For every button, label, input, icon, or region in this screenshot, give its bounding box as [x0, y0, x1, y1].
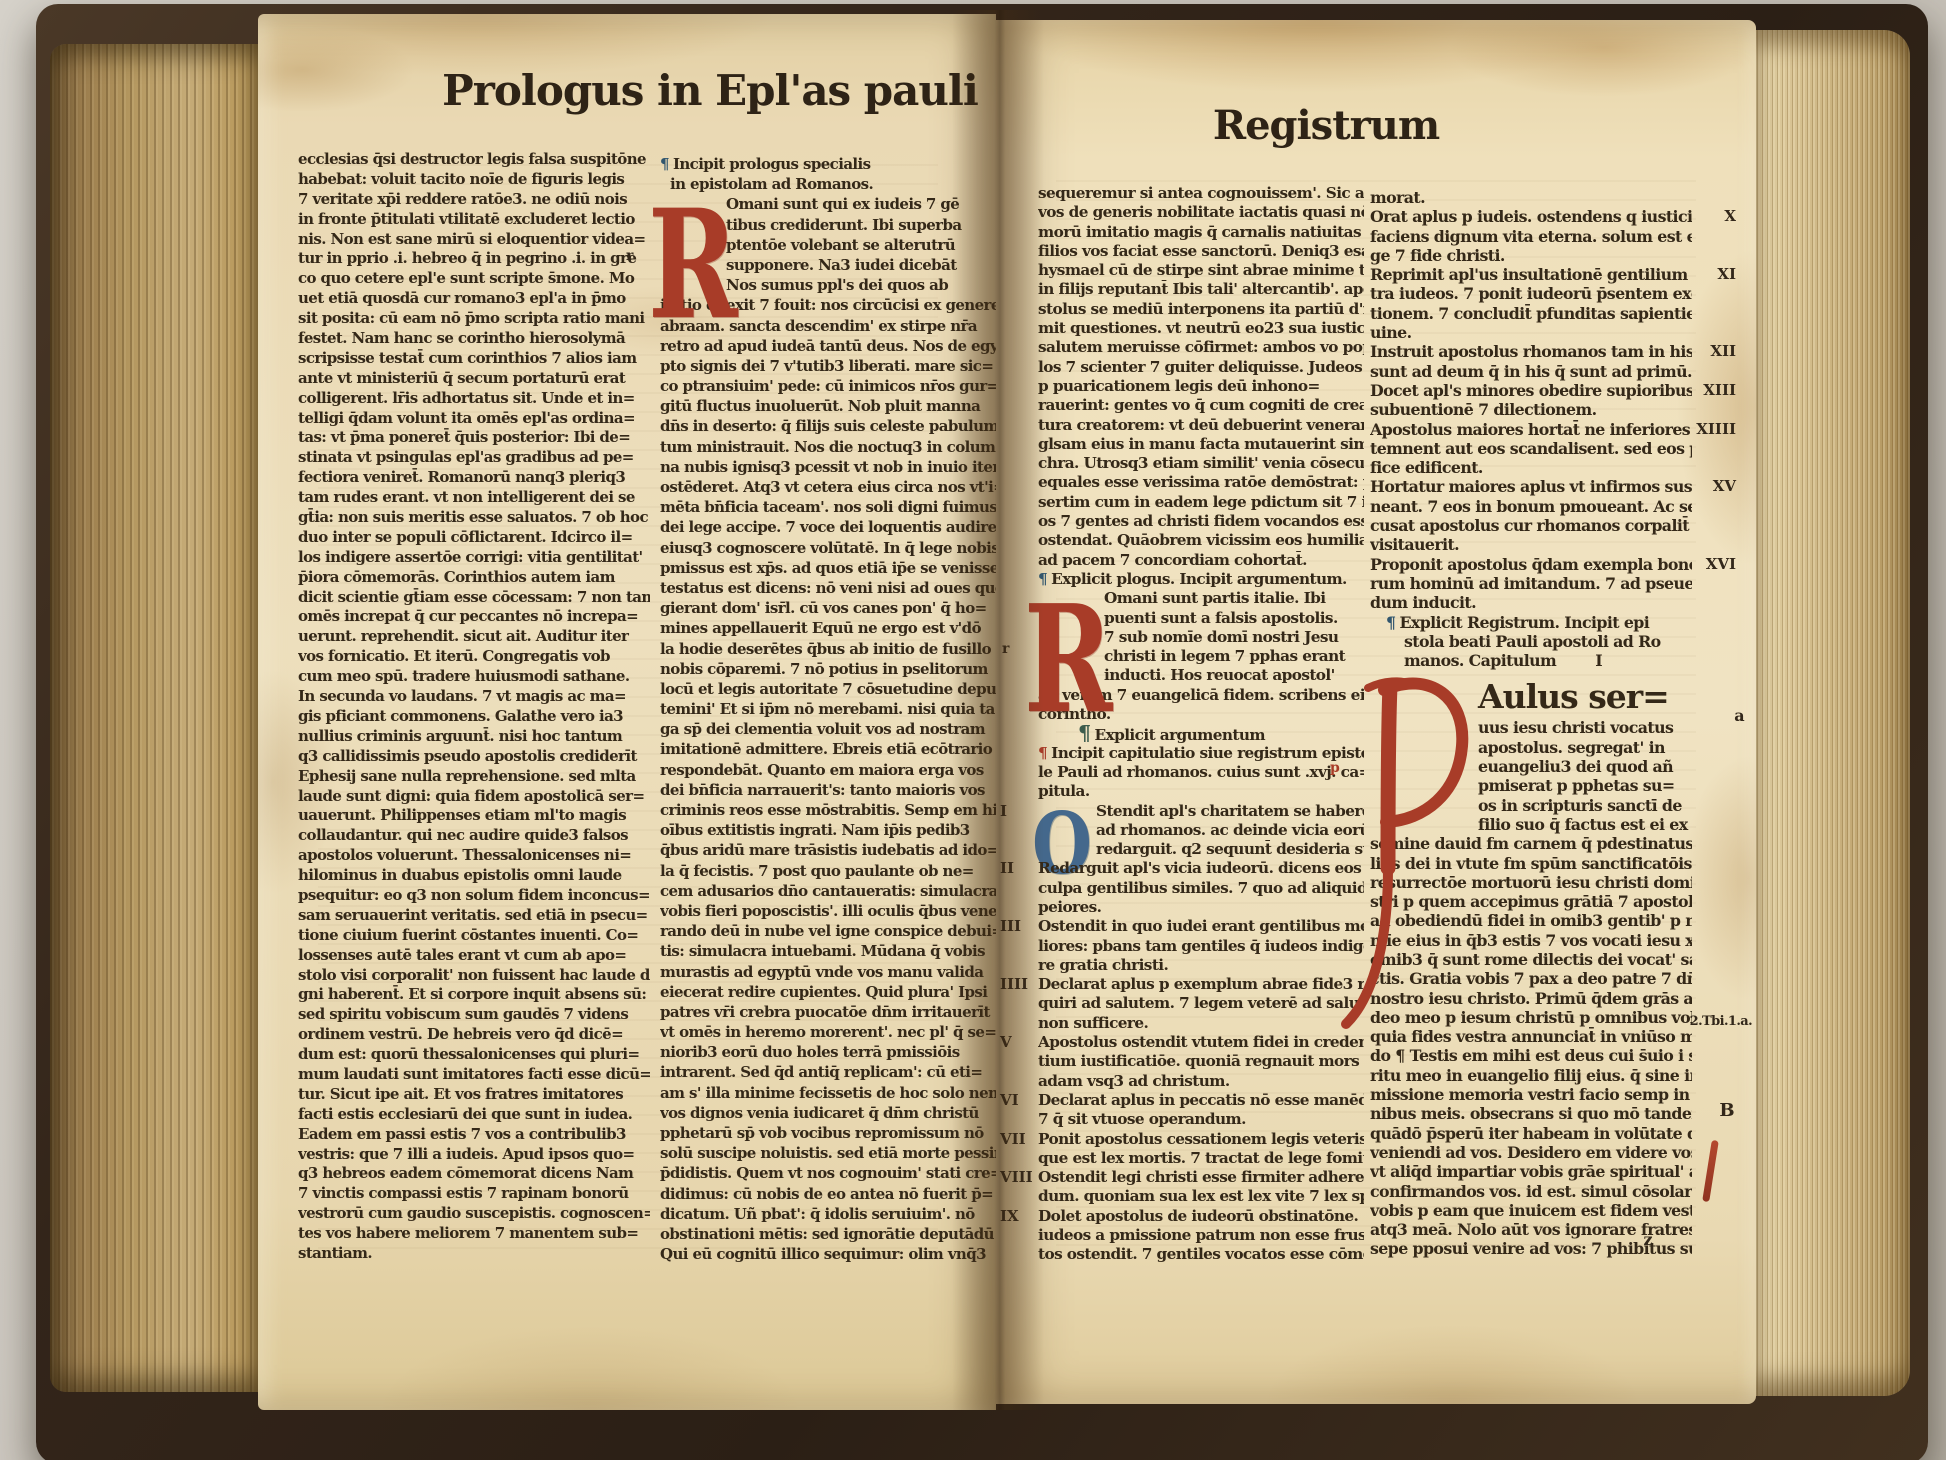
text-line: glsam eius in manu facta mutauerint simu… [1038, 435, 1364, 454]
text-line: dum est: quorū thessalonicenses qui plur… [298, 1045, 650, 1065]
text-line: chra. Utrosq3 etiam similit' venia cōsec… [1038, 454, 1364, 473]
text-line: mēta bn̄ficia taceam'. nos soli digni fu… [660, 497, 998, 517]
text-line: niorib3 eorū duo holes terrā pmissiōis [660, 1042, 998, 1062]
text-line: os 7 gentes ad christi fidem vocandos es… [1038, 512, 1364, 531]
text-line: los 7 scienter 7 guiter deliquisse. Jude… [1038, 358, 1364, 377]
text-line: dum inducit. [1370, 593, 1692, 612]
initial-block: R r Omani sunt partis italie. Ibipuenti … [1038, 589, 1364, 685]
margin-section-letter: a [1734, 706, 1744, 725]
text-line: 7 veritate xp̄i reddere ratōe3. ne odiū … [298, 190, 650, 210]
left-page: Prologus in Epl'as pauli ecclesias q̄si … [258, 14, 996, 1410]
text-line: equales esse verissima ratōe demōstrat: … [1038, 473, 1364, 492]
text-line: mum laudati sunt imitatores facti esse d… [298, 1065, 650, 1085]
margin-numeral: X [1724, 207, 1736, 225]
text-line: morū imitatio magis q̄ carnalis natiuita… [1038, 223, 1364, 242]
text-line: laude sunt digni: quia fidem apostolicā … [298, 787, 650, 807]
text-line: uet etiā quosdā cur romano3 epl'a in p̄m… [298, 289, 650, 309]
text-line: cem adusarios dn̄o cantaueratis: simulac… [660, 881, 998, 901]
capitulum-entry: XOrat aplus p iudeis. ostendens q iustic… [1370, 207, 1692, 265]
text-line: Instruit apostolus rhomanos tam in his q… [1370, 342, 1692, 361]
text-line: subuentionē 7 dilectionem. [1370, 400, 1692, 419]
capitulum-entry-1: I O Stendit apl's charitatem se haberead… [1038, 802, 1364, 860]
text-line: duo inter se populi cōflictarent. Idcirc… [298, 528, 650, 548]
text-line: tura creatorem: vt deū debuerint venerar… [1038, 416, 1364, 435]
red-pen-stroke [1702, 1140, 1719, 1202]
margin-numeral: XIII [1703, 381, 1736, 399]
text-line: vos de generis nobilitate iactatis quasi… [1038, 203, 1364, 222]
text-line: Declarat aplus p exemplum abrae fide3 re [1038, 975, 1364, 994]
text-line: apostolos voluerunt. Thessalonicenses ni… [298, 846, 650, 866]
text-line: uerunt. reprehendit. sicut ait. Auditur … [298, 627, 650, 647]
text-line: in filijs reputant̄ Ibis tali' altercant… [1038, 280, 1364, 299]
text-line: q3 callidissimis pseudo apostolis credid… [298, 747, 650, 767]
capitulum-entry: XIReprimit apl'us insultationē gentilium… [1370, 265, 1692, 342]
capitulum-entry: XVIProponit apostolus q̄dam exempla bono… [1370, 555, 1692, 613]
rubric-line: ¶Incipit prologus specialis [660, 154, 998, 174]
text-line: faciens dignum vita eterna. solum est ex… [1370, 227, 1692, 246]
text-line: locū et legis autoritate 7 cōsuetudine d… [660, 679, 998, 699]
margin-section-letter: B [1719, 1100, 1734, 1121]
text-line: gierant dom' isr̄l. cū vos canes pon' q̄… [660, 598, 998, 618]
text-line: hilominus in duabus epistolis omni laude [298, 866, 650, 886]
initial-p-red [1344, 672, 1474, 1042]
text-line: criminis reos esse mōstrabitis. Semp em … [660, 800, 998, 820]
text-line: nis. Non est sane mirū si eloquentior vi… [298, 230, 650, 250]
initial-block: p Aulus ser= uus iesu christi vocatusapo… [1370, 678, 1692, 834]
rubric-text: Incipit capitulatio siue registrum epist… [1051, 744, 1364, 762]
text-line: ad pacem 7 concordiam cohortat̄. [1038, 551, 1364, 570]
text-line: mit questiones. vt neutrū eo23 sua iusti… [1038, 319, 1364, 338]
text-line: vos fornicatio. Et iterū. Congregatis vo… [298, 647, 650, 667]
text-line: ordinem vestrū. De hebreis vero q̄d dicē… [298, 1025, 650, 1045]
text-line: na nubis ignisq3 pcessit vt nob in inuio… [660, 457, 998, 477]
text-line: vt aliq̄d impartiar vobis grāe spiritual… [1370, 1162, 1692, 1181]
left-page-header: Prologus in Epl'as pauli [430, 66, 990, 115]
text-line: p puaricationem legis deū inhono= [1038, 377, 1364, 396]
text-line: ante vt ministeriū q̄ secum portaturū er… [298, 369, 650, 389]
text-line: pto signis dei 7 v'tutib3 liberati. mare… [660, 356, 998, 376]
capitulum-entry: IXDolet apostolus de iudeorū obstinatōne… [1038, 1207, 1364, 1265]
text-line: Ostendit in quo iudei erant gentilibus m… [1038, 917, 1364, 936]
photo-of-incunabulum: Prologus in Epl'as pauli ecclesias q̄si … [0, 0, 1946, 1460]
text-line: imitationē admittere. Ebreis etiā ecōtra… [660, 739, 998, 759]
text-line: tionem. 7 concludit̄ pfunditas sapientie… [1370, 304, 1692, 323]
text-line: Redarguit apl's vicia iudeorū. dicens eo… [1038, 859, 1364, 878]
text-line: collaudantur. qui nec audire quide3 fals… [298, 826, 650, 846]
text-line: Qui eū cognitū illico sequimur: olim vnq… [660, 1244, 998, 1264]
text-line: confirmandos vos. id est. simul cōsolari… [1370, 1182, 1692, 1201]
guide-letter: p [1330, 760, 1339, 776]
text-line: culpa gentilibus similes. 7 quo ad aliqu… [1038, 879, 1364, 898]
text-line: la q̄ fecistis. 7 post quo paulante ob n… [660, 861, 998, 881]
text-line: Apostolus maiores hortat̄ ne inferiores … [1370, 420, 1692, 439]
text-line: sed spiritu vobiscum sum gaudēs 7 videns [298, 1005, 650, 1025]
text-line: Ostendit legi christi esse firmiter adhe… [1038, 1168, 1364, 1187]
text-line: Dolet apostolus de iudeorū obstinatōne. … [1038, 1207, 1364, 1226]
text-line: vestris: que 7 illi a iudeis. Apud ipsos… [298, 1145, 650, 1165]
text-line: telligi q̄dam volunt ita omēs epl'as ord… [298, 409, 650, 429]
text-line: p̄didistis. Quem vt nos cognouim' stati … [660, 1163, 998, 1183]
margin-numeral: XV [1713, 477, 1736, 495]
text-line: sequeremur si antea cognouissem'. Sic aū… [1038, 184, 1364, 203]
rubric-line: ¶Incipit capitulatio siue registrum epis… [1038, 744, 1364, 763]
right-page: Registrum sequeremur si antea cognouisse… [996, 20, 1756, 1404]
text-line: lossenses autē tales erant vt cum ab apo… [298, 946, 650, 966]
text-line: in fronte p̄titulati vtilitatē excludere… [298, 210, 650, 230]
margin-numeral: XVI [1706, 555, 1736, 573]
text-line: festet. Nam hanc se corintho hierosolymā [298, 329, 650, 349]
text-line: dei bn̄ficia narrauerit's: tanto maioris… [660, 780, 998, 800]
body-line: morat. [1370, 188, 1692, 207]
text-line: habebat: voluit tacito noīe de figuris l… [298, 170, 650, 190]
text-line: am s' illa minime fecissetis de hoc solo… [660, 1083, 998, 1103]
text-line: solū suscipe noluistis. sed etiā morte p… [660, 1143, 998, 1163]
text-line: omēs increpat q̄ cur peccantes nō increp… [298, 607, 650, 627]
text-line: nobis cōparemi. 7 nō potius in pselitoru… [660, 659, 998, 679]
text-line: quiri ad salutem. 7 legem veterē ad salu… [1038, 994, 1364, 1013]
rubric-text: Explicit Registrum. Incipit epi [1399, 613, 1649, 632]
capitulum-entry: VIIPonit apostolus cessationem legis vet… [1038, 1130, 1364, 1169]
text-line: tur. Sicut ipe ait. Et vos fratres imita… [298, 1085, 650, 1105]
text-line: eiusq3 cognoscere volūtatē. In q̄ lege n… [660, 538, 998, 558]
text-line: hysmael cū de stirpe sint abrae minime t… [1038, 261, 1364, 280]
pilcrow-icon: ¶ [660, 154, 669, 174]
text-line: visitauerit. [1370, 535, 1692, 554]
right-column-2: morat. XOrat aplus p iudeis. ostendens q… [1370, 188, 1692, 1259]
text-line: cusat apostolus cur rhomanos corpalit̄ n… [1370, 516, 1692, 535]
text-line: ostendat. Quāobrem vicissim eos humilias [1038, 531, 1364, 550]
text-line: pphetarū sp̄ vob vocibus repromissum nō [660, 1123, 998, 1143]
capitulum-entry: XVHortatur maiores aplus vt infirmos sus… [1370, 477, 1692, 554]
text-line: tur in pprio .i. hebreo q̄ in pegrino .i… [298, 249, 650, 269]
text-line: scripsisse testat̄ cum corinthios 7 alio… [298, 349, 650, 369]
left-column-2: ¶Incipit prologus specialis in epistolam… [660, 154, 998, 1264]
text-line: 7 vinctis compassi estis 7 rapinam bonor… [298, 1184, 650, 1204]
text-line: ostēderet. Atq3 vt cetera eius circa nos… [660, 477, 998, 497]
text-line: non sufficere. [1038, 1014, 1364, 1033]
text-line: q3 hebreos eadem cōmemorat dicens Nam [298, 1164, 650, 1184]
text-line: sam seruauerint veritatis. sed etiā in p… [298, 906, 650, 926]
text-line: uauerunt. Philippenses etiam ml'to magis [298, 806, 650, 826]
text-line: stinata vt psingulas epl'as gradibus ad … [298, 448, 650, 468]
text-line: veniendi ad vos. Desidero em videre vos [1370, 1143, 1692, 1162]
capitula-list: XOrat aplus p iudeis. ostendens q iustic… [1370, 207, 1692, 612]
text-line: dicatum. Uñ pbat': q̄ idolis seruiuim'. … [660, 1204, 998, 1224]
text-line: Reprimit apl'us insultationē gentilium c… [1370, 265, 1692, 284]
text-line: pmissus est xp̄s. ad quos etiā ip̄e se v… [660, 558, 998, 578]
text-line: obstinationi mētis: sed ignorātie deputā… [660, 1224, 998, 1244]
text-line: vt omēs in heremo morerent'. nec pl' q̄ … [660, 1022, 998, 1042]
text-line: fectiora veniret̄. Romanorū nanq3 pleriq… [298, 468, 650, 488]
rubric-line: le Pauli ad rhomanos. cuius sunt .xvj. c… [1038, 763, 1364, 782]
text-line: adam vsq3 ad christum. [1038, 1072, 1364, 1091]
capitulum-entry: VIDeclarat aplus in peccatis nō esse man… [1038, 1091, 1364, 1130]
rubric-line: manos. Capitulum I [1370, 651, 1692, 670]
capitulum-entry: XIIIDocet apl's minores obedire supiorib… [1370, 381, 1692, 420]
text-line: Proponit apostolus q̄dam exempla bono= [1370, 555, 1692, 574]
text-line: oībus extitistis ingrati. Nam ip̄is pedi… [660, 820, 998, 840]
body-lines: sequeremur si antea cognouissem'. Sic aū… [1038, 184, 1364, 570]
text-line: stolo visi corporalit' non fuissent hac … [298, 966, 650, 986]
text-line: didimus: cū nobis de eo antea nō fuerit … [660, 1184, 998, 1204]
text-line: fice edificent. [1370, 458, 1692, 477]
capitulum-entry: VIIIOstendit legi christi esse firmiter … [1038, 1168, 1364, 1207]
margin-reference-note: 2.Tbi.1.a. [1690, 1014, 1752, 1029]
margin-numeral: XI [1717, 265, 1736, 283]
text-line: Ponit apostolus cessationem legis veteri… [1038, 1130, 1364, 1149]
text-line: patres vr̄i crebra puocatōe dn̄m irritau… [660, 1002, 998, 1022]
text-line: co ptransiuim' pede: cū inimicos nr̄os g… [660, 376, 998, 396]
text-line: peiores. [1038, 898, 1364, 917]
text-line: rum hominū ad imitandum. 7 ad pseueran [1370, 574, 1692, 593]
text-line: psequitur: eo q3 non solum fidem inconcu… [298, 886, 650, 906]
text-line: murastis ad egyptū vnde vos manu valida [660, 962, 998, 982]
text-line: rauerint: gentes vo q̄ cum cogniti de cr… [1038, 396, 1364, 415]
pilcrow-icon: ¶ [1386, 613, 1395, 632]
right-page-header: Registrum [1176, 102, 1476, 149]
text-line: Orat aplus p iudeis. ostendens q iustici… [1370, 207, 1692, 226]
text-line: tas: vt p̄ma poneret̄ q̄uis posterior: I… [298, 428, 650, 448]
text-line: stolus se mediū interponens ita partiū d… [1038, 300, 1364, 319]
text-line: nullius criminis arguunt̄. nisi hoc tant… [298, 727, 650, 747]
text-line: tione ciuium fuerint cōstantes inuenti. … [298, 926, 650, 946]
capitulum-entry: IIIIDeclarat aplus p exemplum abrae fide… [1038, 975, 1364, 1033]
text-line: tis: simulacra intuebami. Mūdana q̄ vobi… [660, 941, 998, 961]
text-line: ritu meo in euangelio filij eius. q̄ sin… [1370, 1066, 1692, 1085]
capitulum-entry: XIIInstruit apostolus rhomanos tam in hi… [1370, 342, 1692, 381]
text-line: q̄bus aridū mare trāsistis iudebatis ad … [660, 840, 998, 860]
right-page-edge-stack [1752, 30, 1910, 1396]
margin-numeral: XIIII [1696, 420, 1736, 438]
text-line: sit posita: cū eam nō p̄mo scripta ratio… [298, 309, 650, 329]
text-line: dum. quoniam sua lex est lex vite 7 lex … [1038, 1187, 1364, 1206]
text-line: filios vos faciat esse sanctorū. Deniq3 … [1038, 242, 1364, 261]
text-line: Apostolus ostendit vtutem fidei in crede… [1038, 1033, 1364, 1052]
text-line: gitū fluctus inuoluerūt. Nob pluit manna [660, 396, 998, 416]
capitulum-entry: VApostolus ostendit vtutem fidei in cred… [1038, 1033, 1364, 1091]
text-line: eiecerat redire cupientes. Quid plura' I… [660, 982, 998, 1002]
text-line: tra iudeos. 7 ponit iudeorū p̄sentem exc… [1370, 284, 1692, 303]
text-line: salutem meruisse cōfirmet: ambos vo popu… [1038, 338, 1364, 357]
text-line: vobis p eam que inuicem est fidem vestra… [1370, 1201, 1692, 1220]
text-line: tum ministrauit. Nos die noctuq3 in colu… [660, 437, 998, 457]
rubric-text: Incipit prologus specialis [673, 155, 871, 173]
capitula-list: IIRedarguit apl's vicia iudeorū. dicens … [1038, 859, 1364, 1264]
text-line: co quo cetere epl'e sunt scripte s̄mone.… [298, 269, 650, 289]
text-line: re gratia christi. [1038, 956, 1364, 975]
capitulum-entry: IIRedarguit apl's vicia iudeorū. dicens … [1038, 859, 1364, 917]
text-line: dicit scientie gt̄iam esse cōcessam: 7 n… [298, 588, 650, 608]
text-line: tium iustificatiōe. quoniā regnauit mors… [1038, 1052, 1364, 1071]
text-line: ge 7 fide christi. [1370, 246, 1692, 265]
text-line: temnent aut eos scandalisent. sed eos pa… [1370, 439, 1692, 458]
text-line: do ¶ Testis em mihi est deus cui s̄uio i… [1370, 1046, 1692, 1065]
text-line: facti estis ecclesiarū dei que sunt in i… [298, 1105, 650, 1125]
guide-letter: r [626, 248, 633, 264]
text-line: vos dignos venia iudicaret q̄ dn̄m chris… [660, 1103, 998, 1123]
text-line: Declarat aplus in peccatis nō esse manēd… [1038, 1091, 1364, 1110]
text-line: tam rudes erant. vt non intelligerent de… [298, 488, 650, 508]
text-line: 7 q̄ sit vtuose operandum. [1038, 1110, 1364, 1129]
signature-mark: z [1644, 1230, 1653, 1249]
text-line: intrarent. Sed q̄d antiq̄ replicam': cū … [660, 1062, 998, 1082]
text-line: iudeos a pmissione patrum non esse frust… [1038, 1226, 1364, 1245]
text-line: p̄iora cōmemorās. Corinthios autem iam [298, 568, 650, 588]
rubric-line: ¶Explicit Registrum. Incipit epi [1370, 613, 1692, 632]
text-line: uine. [1370, 323, 1692, 342]
initial-block: R r Omani sunt qui ex iudeis 7 gētibus c… [660, 194, 998, 295]
text-line: nibus meis. obsecrans si quo mō tandem a… [1370, 1104, 1692, 1123]
text-line: sertim cum in eadem lege pdictum sit 7 i… [1038, 493, 1364, 512]
text-line: tes vos habere meliorem 7 manentem sub= [298, 1224, 650, 1244]
text-line: tos ostendit. 7 gentiles vocatos esse cō… [1038, 1245, 1364, 1264]
text-line: Docet apl's minores obedire supioribus p [1370, 381, 1692, 400]
text-line: gt̄ia: non suis meritis esse saluatos. 7… [298, 508, 650, 528]
rubric-line: stola beati Pauli apostoli ad Ro [1370, 632, 1692, 651]
text-line: gis pficiant commonens. Galathe vero ia3 [298, 707, 650, 727]
text-line: liores: pbans tam gentiles q̄ iudeos ind… [1038, 937, 1364, 956]
text-line: los indigere assertōe corrigi: vitia gen… [298, 548, 650, 568]
text-line: sunt ad deum q̄ in his q̄ sunt ad primū. [1370, 362, 1692, 381]
text-line: Hortatur maiores aplus vt infirmos susti… [1370, 477, 1692, 496]
text-line: quādō p̄sperū iter habeam in volūtate de… [1370, 1124, 1692, 1143]
rubric-text: Explicit argumentum [1095, 726, 1265, 743]
left-column-1: ecclesias q̄si destructor legis falsa su… [298, 150, 650, 1264]
text-line: In secunda vo laudans. 7 vt magis ac ma= [298, 687, 650, 707]
text-line: la hodie deserētes q̄bus ab initio de fu… [660, 639, 998, 659]
text-line: ecclesias q̄si destructor legis falsa su… [298, 150, 650, 170]
text-line: colligerent. lr̄is adhortatus sit. Unde … [298, 389, 650, 409]
text-line: temini' Et si ip̄m nō merebami. nisi qui… [660, 699, 998, 719]
text-line: cum meo spū. tradere huiusmodi sathane. [298, 667, 650, 687]
body-lines: initio dilexit 7 fouit: nos circūcisi ex… [660, 295, 998, 1264]
text-line: dn̄s in deserto: q̄ filijs suis celeste … [660, 416, 998, 436]
text-line: missione memoria vestri facio semp in or… [1370, 1085, 1692, 1104]
right-column-1: sequeremur si antea cognouissem'. Sic aū… [1038, 184, 1364, 1265]
text-line: rando deū in nube vel igne conspice debu… [660, 921, 998, 941]
capitulum-entry: IIIOstendit in quo iudei erant gentilibu… [1038, 917, 1364, 975]
margin-numeral: XII [1710, 342, 1736, 360]
text-line: Eadem em passi estis 7 vos a contribulib… [298, 1125, 650, 1145]
text-line: mines appellauerit Equū ne ergo est v'dō [660, 618, 998, 638]
text-line: respondebāt. Quanto em maiora erga vos [660, 760, 998, 780]
text-line: stantiam. [298, 1244, 650, 1264]
left-page-fore-edge [50, 44, 262, 1392]
text-line: testatus est dicens: nō veni nisi ad oue… [660, 578, 998, 598]
text-line: ga sp̄ dei clementia voluit vos ad nostr… [660, 719, 998, 739]
text-line: Ephesij sane nulla reprehensione. sed ml… [298, 767, 650, 787]
text-line: vobis fieri poposcistis'. illi oculis q̄… [660, 901, 998, 921]
text-line: vestrorū cum gaudio suscepistis. cognosc… [298, 1204, 650, 1224]
text-line: dei lege accipe. 7 voce dei loquentis au… [660, 517, 998, 537]
capitulum-entry: XIIIIApostolus maiores hortat̄ ne inferi… [1370, 420, 1692, 478]
text-line: neant. 7 eos in bonum pmoueant. Ac se ex… [1370, 497, 1692, 516]
gutter-shadow [952, 10, 1044, 1410]
initial-r-red: R [648, 190, 737, 340]
text-line: gni haberent̄. Et si corpore inquit abse… [298, 985, 650, 1005]
text-line: que est lex mortis. 7 tractat de lege fo… [1038, 1149, 1364, 1168]
